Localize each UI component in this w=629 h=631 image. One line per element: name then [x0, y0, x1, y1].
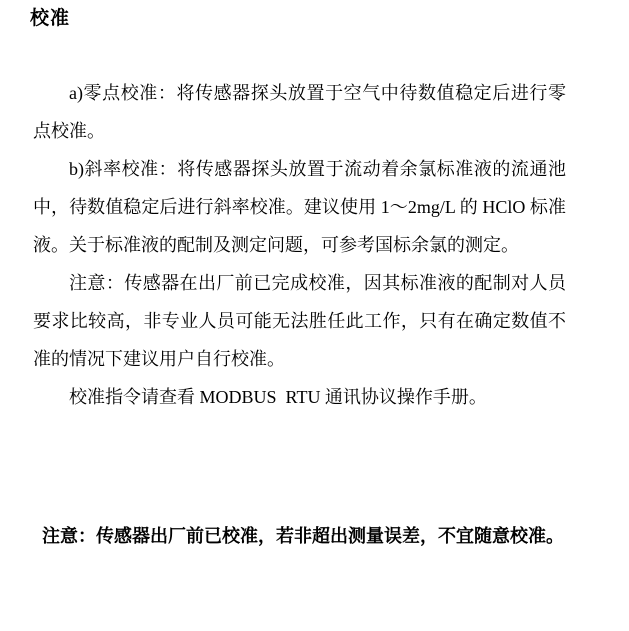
calibration-warning-note: 注意：传感器出厂前已校准，若非超出测量误差，不宜随意校准。 [42, 522, 567, 550]
paragraph-slope-calibration: b)斜率校准：将传感器探头放置于流动着余氯标准液的流通池中，待数值稳定后进行斜率… [33, 150, 566, 264]
document-body: a)零点校准：将传感器探头放置于空气中待数值稳定后进行零点校准。 b)斜率校准：… [33, 74, 566, 416]
paragraph-factory-calibration-note: 注意：传感器在出厂前已完成校准，因其标准液的配制对人员要求比较高，非专业人员可能… [33, 264, 566, 378]
paragraph-zero-calibration: a)零点校准：将传感器探头放置于空气中待数值稳定后进行零点校准。 [33, 74, 566, 150]
page-title: 校准 [30, 6, 567, 32]
document-page: 校准 a)零点校准：将传感器探头放置于空气中待数值稳定后进行零点校准。 b)斜率… [0, 0, 629, 631]
paragraph-modbus-reference: 校准指令请查看 MODBUS RTU 通讯协议操作手册。 [33, 378, 566, 416]
